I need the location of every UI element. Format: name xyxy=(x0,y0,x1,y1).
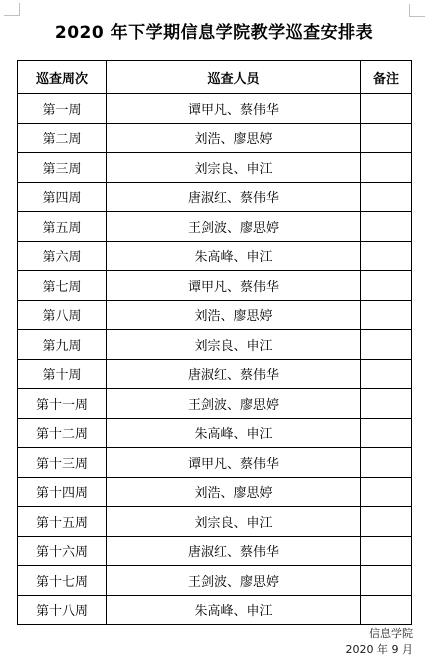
week-cell: 第十四周 xyxy=(18,477,107,507)
staff-cell: 谭甲凡、蔡伟华 xyxy=(107,94,361,124)
week-cell: 第四周 xyxy=(18,182,107,212)
staff-cell: 刘浩、廖思婷 xyxy=(107,300,361,330)
staff-cell: 刘宗良、申江 xyxy=(107,153,361,183)
page-title: 2020 年下学期信息学院教学巡查安排表 xyxy=(0,18,428,43)
document-footer: 信息学院 2020 年 9 月 xyxy=(346,626,413,658)
remark-cell xyxy=(361,595,412,625)
week-cell: 第十六周 xyxy=(18,536,107,566)
remark-cell xyxy=(361,123,412,153)
table-row: 第八周刘浩、廖思婷 xyxy=(18,300,412,330)
remark-cell xyxy=(361,153,412,183)
table-row: 第九周刘宗良、申江 xyxy=(18,330,412,360)
footer-date: 2020 年 9 月 xyxy=(346,642,413,658)
week-cell: 第八周 xyxy=(18,300,107,330)
remark-cell xyxy=(361,507,412,537)
staff-cell: 谭甲凡、蔡伟华 xyxy=(107,448,361,478)
remark-cell xyxy=(361,330,412,360)
remark-cell xyxy=(361,566,412,596)
staff-cell: 谭甲凡、蔡伟华 xyxy=(107,271,361,301)
table-row: 第十四周刘浩、廖思婷 xyxy=(18,477,412,507)
table-row: 第十七周王剑波、廖思婷 xyxy=(18,566,412,596)
table-row: 第十八周朱高峰、申江 xyxy=(18,595,412,625)
staff-cell: 朱高峰、申江 xyxy=(107,418,361,448)
staff-cell: 朱高峰、申江 xyxy=(107,241,361,271)
week-cell: 第十七周 xyxy=(18,566,107,596)
remark-cell xyxy=(361,300,412,330)
table-row: 第二周刘浩、廖思婷 xyxy=(18,123,412,153)
document-page: 2020 年下学期信息学院教学巡查安排表 巡查周次 巡查人员 备注 第一周谭甲凡… xyxy=(0,0,428,664)
table-row: 第四周唐淑红、蔡伟华 xyxy=(18,182,412,212)
week-cell: 第一周 xyxy=(18,94,107,124)
table-row: 第十一周王剑波、廖思婷 xyxy=(18,389,412,419)
week-cell: 第十三周 xyxy=(18,448,107,478)
table-row: 第六周朱高峰、申江 xyxy=(18,241,412,271)
crop-mark-top-right xyxy=(409,4,425,17)
remark-cell xyxy=(361,536,412,566)
table-row: 第一周谭甲凡、蔡伟华 xyxy=(18,94,412,124)
remark-cell xyxy=(361,182,412,212)
week-cell: 第六周 xyxy=(18,241,107,271)
week-cell: 第十周 xyxy=(18,359,107,389)
remark-cell xyxy=(361,94,412,124)
table-row: 第三周刘宗良、申江 xyxy=(18,153,412,183)
remark-cell xyxy=(361,271,412,301)
table-row: 第十五周刘宗良、申江 xyxy=(18,507,412,537)
header-remark-column: 备注 xyxy=(361,61,412,94)
week-cell: 第二周 xyxy=(18,123,107,153)
remark-cell xyxy=(361,448,412,478)
remark-cell xyxy=(361,212,412,242)
staff-cell: 王剑波、廖思婷 xyxy=(107,566,361,596)
week-cell: 第十八周 xyxy=(18,595,107,625)
staff-cell: 朱高峰、申江 xyxy=(107,595,361,625)
week-cell: 第五周 xyxy=(18,212,107,242)
staff-cell: 刘浩、廖思婷 xyxy=(107,477,361,507)
table-header-row: 巡查周次 巡查人员 备注 xyxy=(18,61,412,94)
staff-cell: 唐淑红、蔡伟华 xyxy=(107,536,361,566)
footer-org: 信息学院 xyxy=(346,626,413,642)
remark-cell xyxy=(361,359,412,389)
week-cell: 第十一周 xyxy=(18,389,107,419)
table-row: 第十六周唐淑红、蔡伟华 xyxy=(18,536,412,566)
remark-cell xyxy=(361,418,412,448)
staff-cell: 唐淑红、蔡伟华 xyxy=(107,182,361,212)
staff-cell: 王剑波、廖思婷 xyxy=(107,389,361,419)
header-week-column: 巡查周次 xyxy=(18,61,107,94)
crop-mark-top-left xyxy=(4,3,20,16)
week-cell: 第七周 xyxy=(18,271,107,301)
remark-cell xyxy=(361,477,412,507)
week-cell: 第九周 xyxy=(18,330,107,360)
table-row: 第十二周朱高峰、申江 xyxy=(18,418,412,448)
table-row: 第十周唐淑红、蔡伟华 xyxy=(18,359,412,389)
table-row: 第五周王剑波、廖思婷 xyxy=(18,212,412,242)
table-row: 第七周谭甲凡、蔡伟华 xyxy=(18,271,412,301)
week-cell: 第十二周 xyxy=(18,418,107,448)
staff-cell: 刘宗良、申江 xyxy=(107,330,361,360)
inspection-schedule-table: 巡查周次 巡查人员 备注 第一周谭甲凡、蔡伟华第二周刘浩、廖思婷第三周刘宗良、申… xyxy=(17,60,412,625)
header-staff-column: 巡查人员 xyxy=(107,61,361,94)
remark-cell xyxy=(361,241,412,271)
remark-cell xyxy=(361,389,412,419)
staff-cell: 刘浩、廖思婷 xyxy=(107,123,361,153)
table-row: 第十三周谭甲凡、蔡伟华 xyxy=(18,448,412,478)
staff-cell: 唐淑红、蔡伟华 xyxy=(107,359,361,389)
staff-cell: 刘宗良、申江 xyxy=(107,507,361,537)
week-cell: 第十五周 xyxy=(18,507,107,537)
week-cell: 第三周 xyxy=(18,153,107,183)
staff-cell: 王剑波、廖思婷 xyxy=(107,212,361,242)
